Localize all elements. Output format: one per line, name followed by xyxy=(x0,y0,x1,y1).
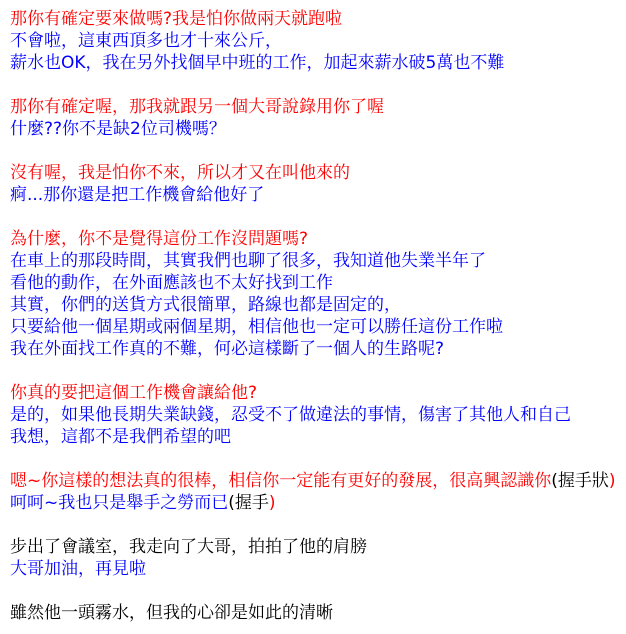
text-segment-red: ) xyxy=(609,471,616,491)
text-segment-red: ) xyxy=(269,493,276,513)
text-line: 雖然他一頭霧水，但我的心卻是如此的清晰 xyxy=(10,602,626,624)
text-segment-blue: 是的，如果他長期失業缺錢，忍受不了做違法的事情，傷害了其他人和自己 xyxy=(10,405,571,425)
blank-line xyxy=(10,206,626,228)
text-line: 看他的動作，在外面應該也不太好找到工作 xyxy=(10,272,626,294)
text-segment-blue: 看他的動作，在外面應該也不太好找到工作 xyxy=(10,273,333,293)
text-segment-red: 你真的要把這個工作機會讓給他? xyxy=(10,383,257,403)
text-segment-black: 雖然他一頭霧水，但我的心卻是如此的清晰 xyxy=(10,603,333,623)
text-segment-blue: 呵呵~我也只是舉手之勞而已 xyxy=(10,493,228,513)
text-segment-blue: 不會啦，這東西頂多也才十來公斤， xyxy=(10,31,282,51)
text-segment-blue: 痾...那你還是把工作機會給他好了 xyxy=(10,185,264,205)
blank-line xyxy=(10,514,626,536)
text-line: 你真的要把這個工作機會讓給他? xyxy=(10,382,626,404)
text-segment-red: 那你有確定喔，那我就跟另一個大哥說錄用你了喔 xyxy=(10,97,384,117)
text-line: 只要給他一個星期或兩個星期，相信他也一定可以勝任這份工作啦 xyxy=(10,316,626,338)
text-line: 大哥加油，再見啦 xyxy=(10,558,626,580)
text-line: 步出了會議室，我走向了大哥，拍拍了他的肩膀 xyxy=(10,536,626,558)
text-line: 嗯~你這樣的想法真的很棒，相信你一定能有更好的發展，很高興認識你(握手狀) xyxy=(10,470,626,492)
text-segment-blue: 只要給他一個星期或兩個星期，相信他也一定可以勝任這份工作啦 xyxy=(10,317,503,337)
blank-line xyxy=(10,74,626,96)
text-segment-blue: 我想，這都不是我們希望的吧 xyxy=(10,427,231,447)
text-line: 薪水也OK，我在另外找個早中班的工作，加起來薪水破5萬也不難 xyxy=(10,52,626,74)
text-segment-blue: 我在外面找工作真的不難，何必這樣斷了一個人的生路呢? xyxy=(10,339,444,359)
text-line: 在車上的那段時間，其實我們也聊了很多，我知道他失業半年了 xyxy=(10,250,626,272)
text-line: 沒有喔，我是怕你不來，所以才又在叫他來的 xyxy=(10,162,626,184)
text-segment-black: (握手狀 xyxy=(551,471,609,491)
text-segment-blue: 什麼??你不是缺2位司機嗎？ xyxy=(10,119,226,139)
text-segment-red: 為什麼，你不是覺得這份工作沒問題嗎? xyxy=(10,229,308,249)
text-segment-red: 嗯~你這樣的想法真的很棒，相信你一定能有更好的發展，很高興認識你 xyxy=(10,471,551,491)
blank-line xyxy=(10,580,626,602)
text-line: 那你有確定喔，那我就跟另一個大哥說錄用你了喔 xyxy=(10,96,626,118)
text-segment-blue: 其實，你們的送貨方式很簡單，路線也都是固定的， xyxy=(10,295,401,315)
text-segment-red: 沒有喔，我是怕你不來，所以才又在叫他來的 xyxy=(10,163,350,183)
blank-line xyxy=(10,448,626,470)
text-segment-black: (握手 xyxy=(228,493,269,513)
text-segment-black: 步出了會議室，我走向了大哥，拍拍了他的肩膀 xyxy=(10,537,367,557)
text-line: 那你有確定要來做嗎?我是怕你做兩天就跑啦 xyxy=(10,8,626,30)
blank-line xyxy=(10,140,626,162)
text-line: 不會啦，這東西頂多也才十來公斤， xyxy=(10,30,626,52)
text-segment-blue: 薪水也OK，我在另外找個早中班的工作，加起來薪水破5萬也不難 xyxy=(10,53,504,73)
text-line: 是的，如果他長期失業缺錢，忍受不了做違法的事情，傷害了其他人和自己 xyxy=(10,404,626,426)
conversation-text: 那你有確定要來做嗎?我是怕你做兩天就跑啦不會啦，這東西頂多也才十來公斤，薪水也O… xyxy=(0,0,626,624)
text-line: 其實，你們的送貨方式很簡單，路線也都是固定的， xyxy=(10,294,626,316)
text-line: 什麼??你不是缺2位司機嗎？ xyxy=(10,118,626,140)
text-line: 我在外面找工作真的不難，何必這樣斷了一個人的生路呢? xyxy=(10,338,626,360)
text-line: 為什麼，你不是覺得這份工作沒問題嗎? xyxy=(10,228,626,250)
text-line: 呵呵~我也只是舉手之勞而已(握手) xyxy=(10,492,626,514)
text-segment-blue: 大哥加油，再見啦 xyxy=(10,559,146,579)
text-segment-blue: 在車上的那段時間，其實我們也聊了很多，我知道他失業半年了 xyxy=(10,251,486,271)
text-line: 我想，這都不是我們希望的吧 xyxy=(10,426,626,448)
text-segment-red: 那你有確定要來做嗎?我是怕你做兩天就跑啦 xyxy=(10,9,342,29)
blank-line xyxy=(10,360,626,382)
text-line: 痾...那你還是把工作機會給他好了 xyxy=(10,184,626,206)
